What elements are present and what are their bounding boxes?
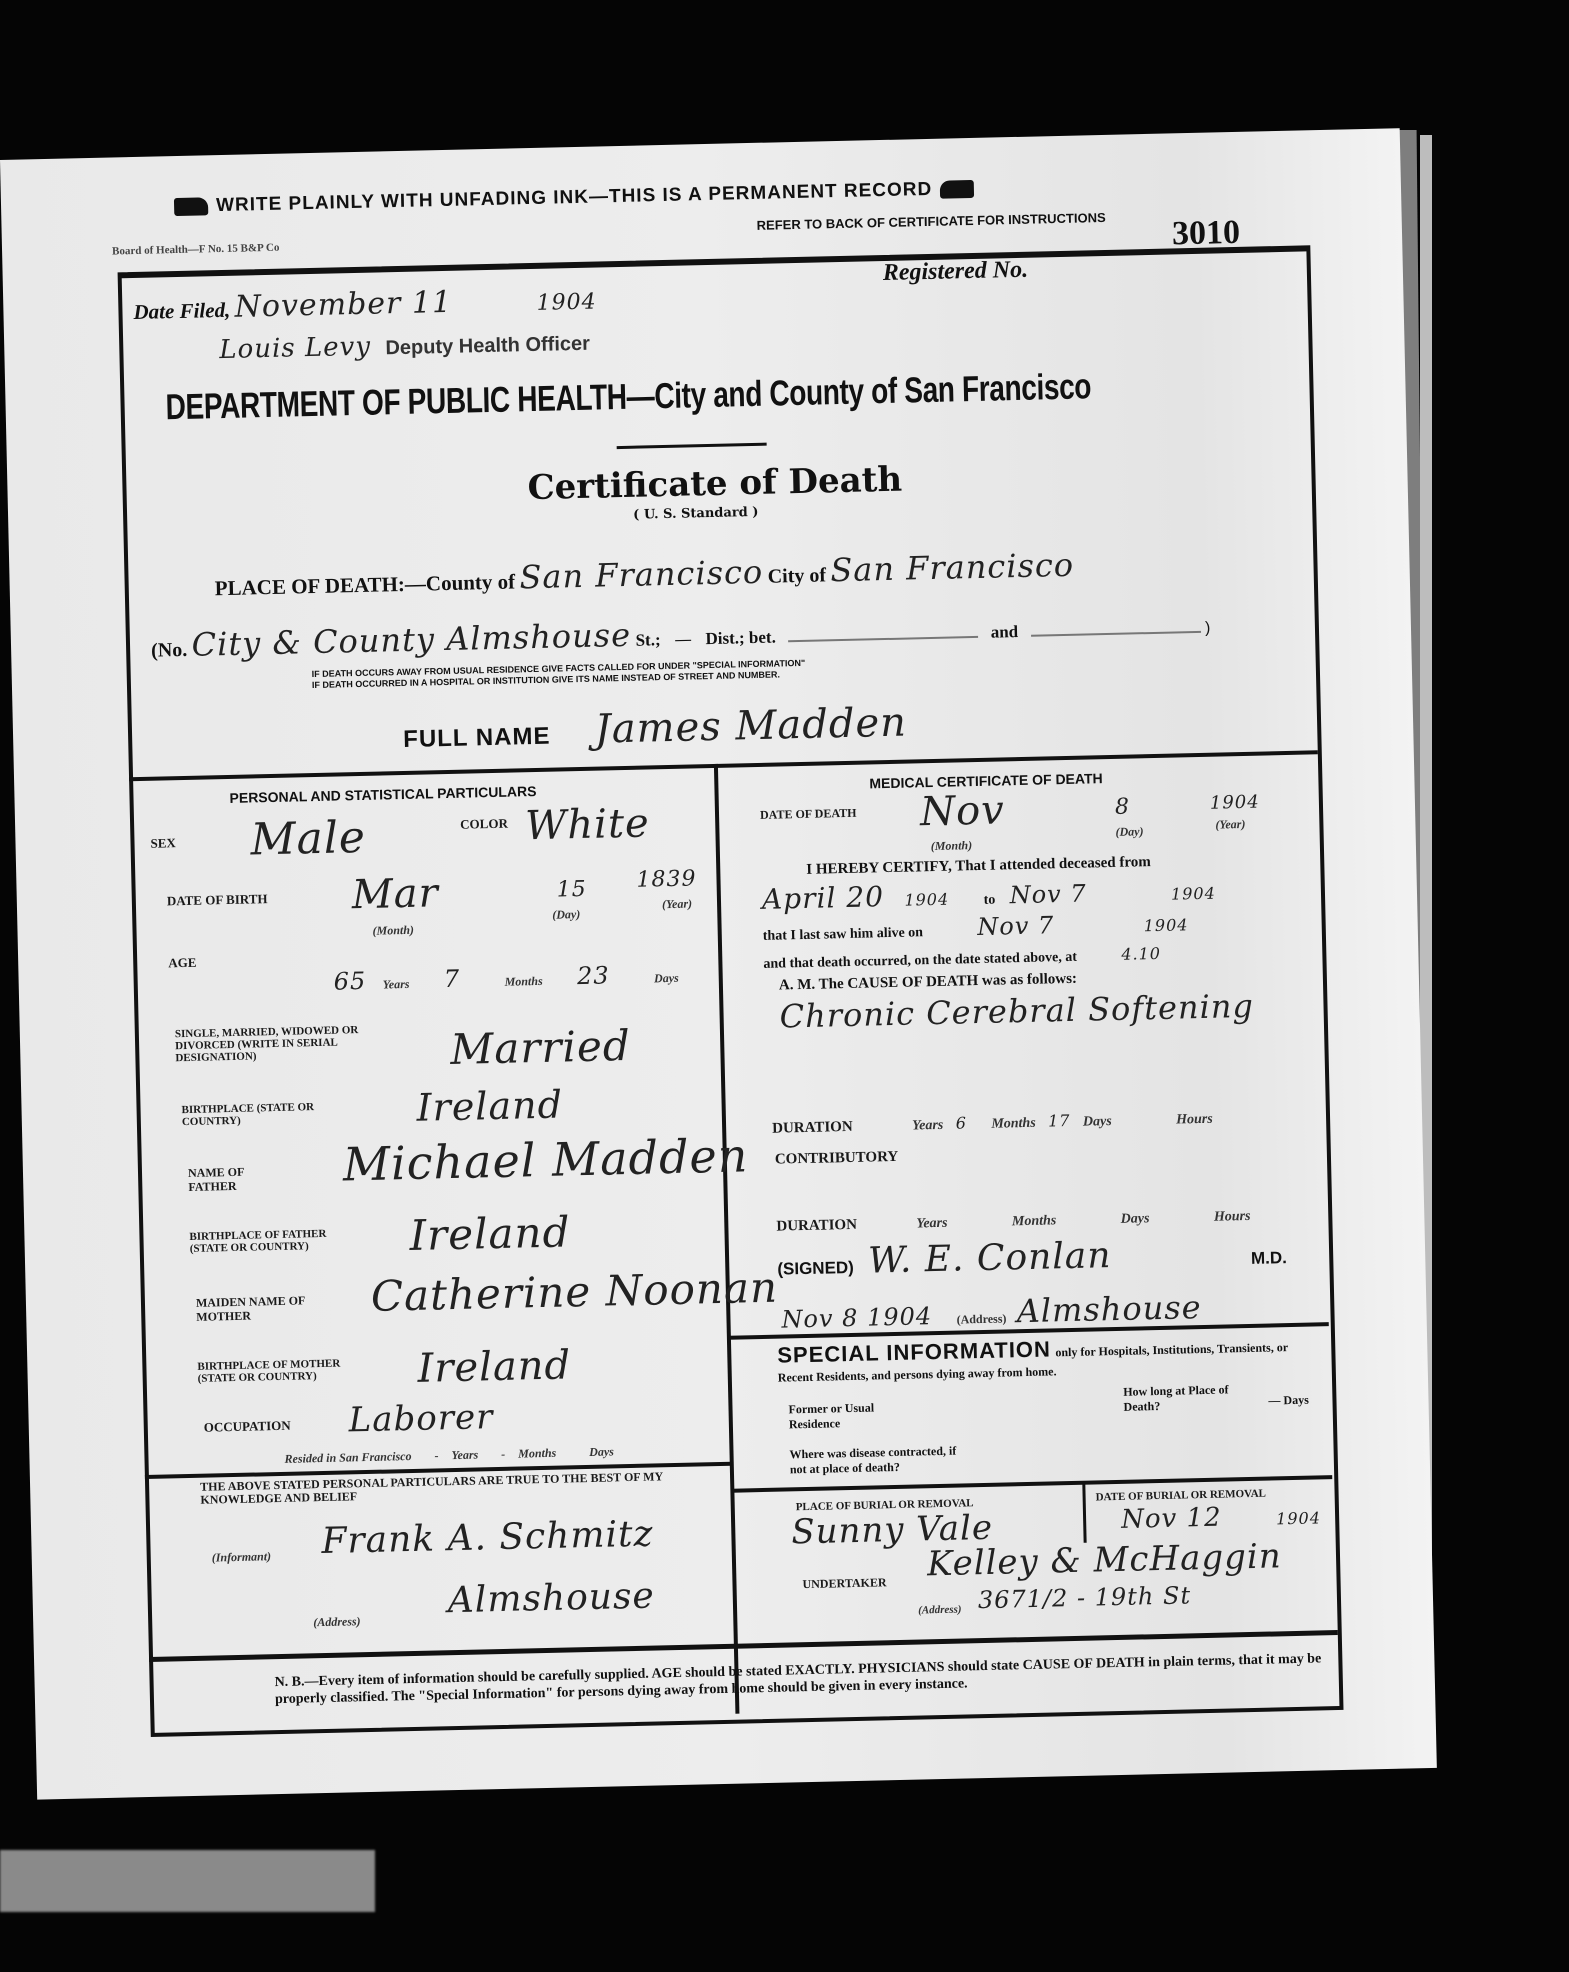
dod-label: DATE OF DEATH bbox=[760, 806, 857, 822]
informant-address-value: Almshouse bbox=[447, 1576, 655, 1622]
city-value: San Francisco bbox=[830, 546, 1075, 590]
background-paper-scrap bbox=[0, 1850, 375, 1912]
last-saw-value: Nov 7 bbox=[977, 911, 1055, 941]
dob-year-caption: (Year) bbox=[662, 896, 692, 912]
birthplace-value: Ireland bbox=[416, 1082, 563, 1129]
birthplace-label: BIRTHPLACE (State or Country) bbox=[181, 1101, 322, 1128]
dob-day: 15 bbox=[556, 877, 587, 903]
duration-label: DURATION bbox=[772, 1119, 853, 1137]
burial-date-value: Nov 12 bbox=[1121, 1503, 1222, 1535]
father-value: Michael Madden bbox=[342, 1128, 749, 1191]
burial-year: 1904 bbox=[1276, 1508, 1321, 1528]
date-filed-year: 1904 bbox=[536, 290, 597, 316]
duration-months-label: Months bbox=[991, 1116, 1036, 1132]
resided-years: - bbox=[434, 1448, 438, 1462]
st-label: St.; bbox=[635, 630, 660, 650]
county-value: San Francisco bbox=[519, 553, 764, 597]
resided-years-caption: Years bbox=[451, 1447, 478, 1462]
resided-months-caption: Months bbox=[518, 1446, 556, 1461]
undertaker-label: UNDERTAKER bbox=[802, 1575, 886, 1591]
dod-year-caption: (Year) bbox=[1215, 817, 1245, 833]
dob-label: DATE OF BIRTH bbox=[167, 892, 268, 908]
age-label: AGE bbox=[168, 956, 196, 971]
mother-value: Catherine Noonan bbox=[370, 1263, 778, 1321]
occupation-value: Laborer bbox=[348, 1397, 494, 1440]
duration-years-label: Years bbox=[912, 1118, 943, 1134]
father-birthplace-label: BIRTHPLACE OF FATHER (State or Country) bbox=[189, 1228, 340, 1255]
dob-day-caption: (Day) bbox=[552, 907, 580, 923]
dod-day: 8 bbox=[1115, 795, 1131, 820]
sign-date: Nov 8 1904 bbox=[781, 1302, 932, 1333]
md-label: M.D. bbox=[1251, 1248, 1287, 1268]
last-saw-year: 1904 bbox=[1143, 915, 1188, 935]
resided-days-caption: Days bbox=[589, 1444, 614, 1459]
age-years: 65 bbox=[333, 967, 366, 996]
attended-to-year: 1904 bbox=[1171, 884, 1216, 904]
color-label: COLOR bbox=[460, 817, 508, 832]
sex-label: SEX bbox=[150, 836, 176, 851]
signed-label: (SIGNED) bbox=[777, 1258, 854, 1279]
dod-month-caption: (Month) bbox=[931, 838, 973, 854]
to-label: to bbox=[983, 893, 995, 908]
last-saw-label: that I last saw him alive on bbox=[763, 925, 924, 944]
pointing-hand-icon bbox=[174, 197, 208, 216]
sex-value: Male bbox=[250, 812, 367, 866]
banner-text: WRITE PLAINLY WITH UNFADING INK—THIS IS … bbox=[216, 179, 933, 216]
place-of-death-label: PLACE OF DEATH:—County of bbox=[214, 569, 515, 600]
death-certificate: WRITE PLAINLY WITH UNFADING INK—THIS IS … bbox=[0, 128, 1437, 1799]
mother-label: MAIDEN NAME OF MOTHER bbox=[196, 1293, 337, 1324]
duration-years: 6 bbox=[955, 1113, 967, 1132]
informant-value: Frank A. Schmitz bbox=[321, 1514, 654, 1563]
informant-address-label: (Address) bbox=[313, 1614, 361, 1630]
age-months-caption: Months bbox=[504, 974, 542, 989]
sign-address: Almshouse bbox=[1016, 1288, 1202, 1330]
registered-label: Registered No. bbox=[882, 257, 1028, 287]
undertaker-address-label: (Address) bbox=[918, 1604, 962, 1617]
age-days-caption: Days bbox=[654, 971, 679, 986]
attended-from-year: 1904 bbox=[904, 890, 949, 910]
special-heading: SPECIAL INFORMATION bbox=[777, 1336, 1051, 1367]
city-label: City of bbox=[767, 564, 826, 587]
dod-year: 1904 bbox=[1210, 792, 1260, 814]
refer-instructions: REFER TO BACK OF CERTIFICATE FOR INSTRUC… bbox=[757, 210, 1106, 233]
no-label: (No. bbox=[151, 639, 188, 662]
officer-signature: Louis Levy bbox=[219, 332, 371, 365]
contracted-label: Where was disease contracted, if not at … bbox=[789, 1443, 970, 1477]
undertaker-address-value: 3671/2 - 19th St bbox=[978, 1581, 1192, 1614]
color-value: White bbox=[525, 800, 650, 849]
officer-title: Deputy Health Officer bbox=[385, 333, 590, 360]
dob-year: 1839 bbox=[636, 866, 697, 892]
duration-months: 17 bbox=[1048, 1111, 1071, 1131]
duration-hours-label-2: Hours bbox=[1214, 1209, 1251, 1225]
undertaker-value: Kelley & McHaggin bbox=[927, 1536, 1282, 1584]
banner: WRITE PLAINLY WITH UNFADING INK—THIS IS … bbox=[166, 178, 983, 219]
marital-label: SINGLE, MARRIED, WIDOWED OR DIVORCED (Wr… bbox=[175, 1023, 396, 1064]
former-residence-label: Former or Usual Residence bbox=[788, 1400, 899, 1432]
how-long-row: — Days bbox=[1268, 1393, 1309, 1409]
death-time: 4.10 bbox=[1121, 944, 1161, 964]
how-long-days-label: Days bbox=[1283, 1393, 1309, 1408]
resided-months: - bbox=[501, 1447, 505, 1461]
dob-month: Mar bbox=[351, 870, 439, 918]
father-label: NAME OF FATHER bbox=[188, 1164, 289, 1194]
duration-days-label: Days bbox=[1083, 1114, 1112, 1130]
how-long-value: — bbox=[1268, 1393, 1280, 1407]
contributory-label: CONTRIBUTORY bbox=[775, 1150, 899, 1167]
duration-label-2: DURATION bbox=[776, 1217, 857, 1235]
mother-birthplace-value: Ireland bbox=[417, 1342, 572, 1391]
attended-from: April 20 bbox=[762, 880, 885, 916]
father-birthplace-value: Ireland bbox=[409, 1207, 571, 1260]
signed-value: W. E. Conlan bbox=[868, 1235, 1112, 1282]
full-name-label: FULL NAME bbox=[403, 723, 551, 753]
mother-birthplace-label: BIRTHPLACE OF MOTHER (State or Country) bbox=[197, 1357, 348, 1384]
and-label: and bbox=[990, 622, 1018, 642]
certificate-subtitle: ( U. S. Standard ) bbox=[633, 505, 759, 523]
sign-address-label: (Address) bbox=[956, 1311, 1006, 1326]
resided-label: Resided in San Francisco bbox=[284, 1449, 411, 1466]
dist-label: Dist.; bet. bbox=[705, 628, 776, 649]
dod-day-caption: (Day) bbox=[1115, 824, 1143, 840]
form-number: Board of Health—F No. 15 B&P Co bbox=[112, 242, 280, 258]
duration-hours-label: Hours bbox=[1176, 1112, 1213, 1128]
dob-month-caption: (Month) bbox=[372, 923, 414, 939]
duration-months-label-2: Months bbox=[1012, 1213, 1057, 1229]
age-months: 7 bbox=[444, 965, 461, 993]
marital-value: Married bbox=[450, 1021, 631, 1074]
occupation-label: OCCUPATION bbox=[204, 1419, 291, 1435]
informant-label: (Informant) bbox=[212, 1549, 272, 1565]
age-days: 23 bbox=[577, 961, 610, 990]
duration-days-label-2: Days bbox=[1121, 1211, 1150, 1227]
age-years-caption: Years bbox=[383, 977, 410, 992]
dod-month: Nov bbox=[920, 787, 1006, 835]
date-filed-value: November 11 bbox=[234, 285, 452, 325]
attended-to: Nov 7 bbox=[1009, 880, 1087, 910]
how-long-label: How long at Place of Death? bbox=[1123, 1382, 1234, 1414]
certificate-title: Certificate of Death bbox=[527, 460, 902, 508]
date-filed-label: Date Filed, bbox=[133, 298, 230, 324]
pointing-hand-icon bbox=[940, 180, 974, 199]
duration-years-label-2: Years bbox=[916, 1216, 947, 1232]
full-name-value: James Madden bbox=[594, 700, 907, 753]
